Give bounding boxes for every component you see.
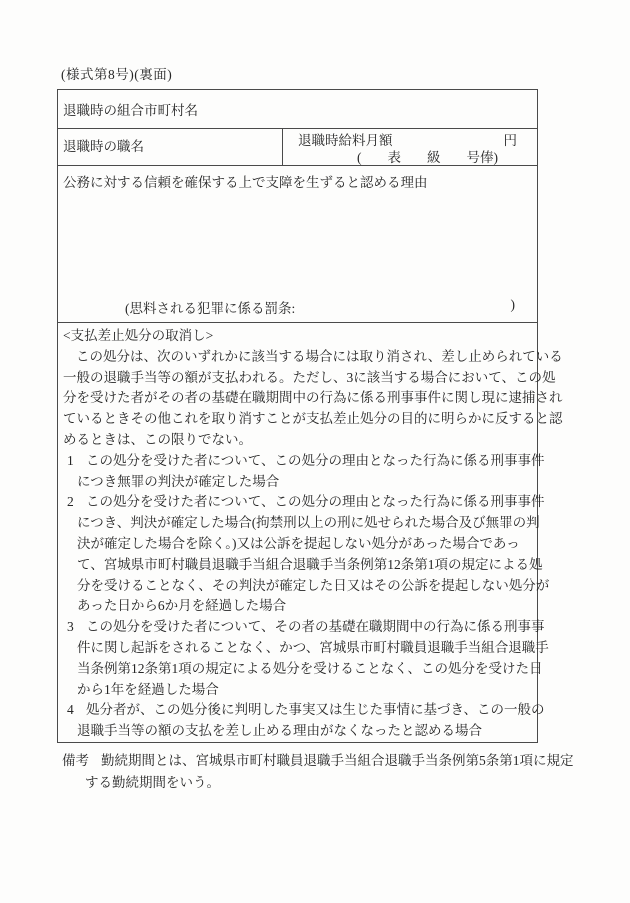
salary-grade-line: ( 表 級 号俸 ) (283, 149, 537, 166)
grade-close-paren: ) (494, 149, 499, 166)
row-reason: 公務に対する信頼を確保する上で支障を生ずると認める理由 (思料される犯罪に係る罰… (58, 166, 537, 323)
rules-intro-line: ているときその他これを取り消すことが支払差止処分の目的に明らかに反すると認 (63, 409, 532, 430)
remarks-text: 勤続期間とは、宮城県市町村職員退職手当組合退職手当条例第5条第1項に規定 (101, 753, 574, 768)
rule-item-1: 1この処分を受けた者について、この処分の理由となった行為に係る刑事事件 につき無… (63, 451, 532, 493)
cell-monthly-salary: 退職時給料月額 円 ( 表 級 号俸 ) (283, 129, 537, 165)
rule-item-text: 分を受けることなく、その判決が確定した日又はその公訴を提起しない処分が (63, 576, 532, 597)
rule-item-text: 処分者が、この処分後に判明した事実又は生じた事情に基づき、この一般の (86, 702, 544, 717)
grade-open-paren: ( (357, 149, 362, 166)
rule-item-text: につき、判決が確定した場合(拘禁刑以上の刑に処せられた場合及び無罪の判 (63, 513, 532, 534)
rule-item-text: この処分を受けた者について、この処分の理由となった行為に係る刑事事件 (86, 494, 544, 509)
rule-item-text: につき無罪の判決が確定した場合 (63, 472, 532, 493)
penal-clause-label: (思料される犯罪に係る罰条: (125, 297, 295, 317)
rules-intro-line: めるときは、この限りでない。 (63, 430, 532, 451)
remarks-note: 備考勤続期間とは、宮城県市町村職員退職手当組合退職手当条例第5条第1項に規定 す… (62, 750, 552, 793)
rules-intro-line: この処分は、次のいずれかに該当する場合には取り消され、差し止められている (63, 347, 532, 368)
salary-amount-line: 退職時給料月額 円 (283, 132, 537, 149)
rule-item-text: 当条例第12条第1項の規定による処分を受けることなく、この処分を受けた日 (63, 659, 532, 680)
rule-item-text: この処分を受けた者について、この処分の理由となった行為に係る刑事事件 (86, 453, 544, 468)
row-municipality-name: 退職時の組合市町村名 (58, 90, 537, 129)
rule-item-text: から1年を経過した場合 (63, 680, 532, 701)
rule-item-text: この処分を受けた者について、その者の基礎在職期間中の行為に係る刑事事 (86, 619, 544, 634)
rule-item-number: 2 (67, 492, 86, 513)
rule-item-3: 3この処分を受けた者について、その者の基礎在職期間中の行為に係る刑事事 件に関し… (63, 617, 532, 700)
position-title-label: 退職時の職名 (63, 135, 277, 155)
remarks-text: する勤続期間をいう。 (62, 772, 552, 794)
row-position-salary: 退職時の職名 退職時給料月額 円 ( 表 級 号俸 ) (58, 129, 537, 166)
rules-intro-line: 分を受けた者がその者の基礎在職期間中の行為に係る刑事事件に関し現に逮捕され (63, 388, 532, 409)
rule-item-text: 退職手当等の額の支払を差し止める理由がなくなったと認める場合 (63, 721, 532, 742)
penal-clause-line: (思料される犯罪に係る罰条: ) (63, 297, 532, 317)
form-number-title: (様式第8号)(裏面) (61, 63, 172, 83)
reason-label: 公務に対する信頼を確保する上で支障を生ずると認める理由 (63, 171, 532, 191)
grade-step-label: 号俸 (467, 149, 494, 166)
yen-unit-label: 円 (504, 132, 518, 149)
remarks-label: 備考 (62, 753, 89, 768)
rule-item-text: 件に関し起訴をされることなく、かつ、宮城県市町村職員退職手当組合退職手 (63, 638, 532, 659)
cell-position-title: 退職時の職名 (58, 129, 283, 165)
rule-item-number: 4 (67, 700, 86, 721)
grade-table-label: 表 (388, 149, 402, 166)
rule-item-2: 2この処分を受けた者について、この処分の理由となった行為に係る刑事事件 につき、… (63, 492, 532, 617)
grade-class-label: 級 (427, 149, 441, 166)
rule-item-text: あった日から6か月を経過した場合 (63, 596, 532, 617)
penal-clause-close-paren: ) (511, 297, 516, 317)
municipality-name-label: 退職時の組合市町村名 (63, 99, 532, 119)
row-cancellation-rules: <支払差止処分の取消し> この処分は、次のいずれかに該当する場合には取り消され、… (58, 323, 537, 742)
rule-item-number: 1 (67, 451, 86, 472)
rules-intro-line: 一般の退職手当等の額が支払われる。ただし、3に該当する場合において、この処 (63, 368, 532, 389)
rule-item-text: て、宮城県市町村職員退職手当組合退職手当条例第12条第1項の規定による処 (63, 555, 532, 576)
retirement-allowance-form-table: 退職時の組合市町村名 退職時の職名 退職時給料月額 円 ( 表 級 号俸 ) (57, 89, 538, 743)
rule-item-4: 4処分者が、この処分後に判明した事実又は生じた事情に基づき、この一般の 退職手当… (63, 700, 532, 742)
document-page: (様式第8号)(裏面) 退職時の組合市町村名 退職時の職名 退職時給料月額 円 … (0, 0, 630, 903)
rule-item-number: 3 (67, 617, 86, 638)
rule-item-text: 決が確定した場合を除く。)又は公訴を提起しない処分があった場合であっ (63, 534, 532, 555)
rules-heading: <支払差止処分の取消し> (63, 326, 532, 347)
salary-label: 退職時給料月額 (298, 132, 393, 149)
